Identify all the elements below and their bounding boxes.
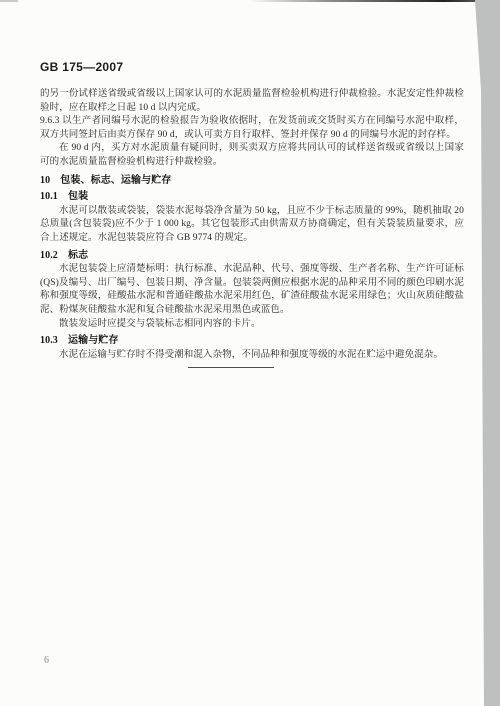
section-heading: 10 包装、标志、运输与贮存 [40, 174, 464, 188]
text-line: 水泥可以散装或袋装，袋装水泥每袋净含量为 50 kg，且应不少于标志质量的 99… [40, 205, 464, 219]
text-line: 水泥包装袋上应清楚标明：执行标准、水泥品种、代号、强度等级、生产者名称、生产许可… [40, 263, 464, 277]
document-page: GB 175—2007 的另一份试样送省级或省级以上国家认可的水泥质量监督检验机… [0, 0, 500, 706]
text-line: 称和强度等级，硅酸盐水泥和普通硅酸盐水泥采用红色，矿渣硅酸盐水泥采用绿色；火山灰… [40, 290, 464, 304]
text-line: (QS)及编号、出厂编号、包装日期、净含量。包装袋两侧应根据水泥的品种采用不同的… [40, 277, 464, 291]
page-number: 6 [44, 655, 49, 666]
text-line: 散装发运时应提交与袋装标志相同内容的卡片。 [40, 318, 464, 332]
text-line: 在 90 d 内，买方对水泥质量有疑问时，则买卖双方应将共同认可的试样送省级或省… [40, 142, 464, 156]
text-line: 总质量(含包装袋)应不少于 1 000 kg。其它包装形式由供需双方协商确定，但… [40, 218, 464, 232]
text-line: 9.6.3 以生产者同编号水泥的检验报告为验收依据时，在发货前或交货时买方在同编… [40, 115, 464, 129]
text-line: 泥、粉煤灰硅酸盐水泥和复合硅酸盐水泥采用黑色或蓝色。 [40, 304, 464, 318]
text-line: 合上述规定。水泥包装袋应符合 GB 9774 的规定。 [40, 232, 464, 246]
scan-edge-shadow-top [248, 0, 478, 2]
text-line: 可的水泥质量监督检验机构进行仲裁检验。 [40, 156, 464, 170]
standard-number-header: GB 175—2007 [40, 60, 123, 74]
document-lines: 的另一份试样送省级或省级以上国家认可的水泥质量监督检验机构进行仲裁检验。水泥安定… [40, 88, 464, 368]
text-line: 的另一份试样送省级或省级以上国家认可的水泥质量监督检验机构进行仲裁检验。水泥安定… [40, 88, 464, 102]
text-line: 验时，应在取样之日起 10 d 以内完成。 [40, 102, 464, 116]
section-heading: 10.2 标志 [40, 249, 464, 263]
scan-edge-shadow-top-left [0, 0, 18, 2]
section-heading: 10.3 运输与贮存 [40, 334, 464, 348]
text-line: 水泥在运输与贮存时不得受潮和混入杂物，不同品种和强度等级的水泥在贮运中避免混杂。 [40, 349, 464, 363]
text-line: 双方共同签封后由卖方保存 90 d，或认可卖方自行取样、签封并保存 90 d 的… [40, 129, 464, 143]
end-of-document-divider [188, 367, 274, 368]
section-heading: 10.1 包装 [40, 190, 464, 204]
